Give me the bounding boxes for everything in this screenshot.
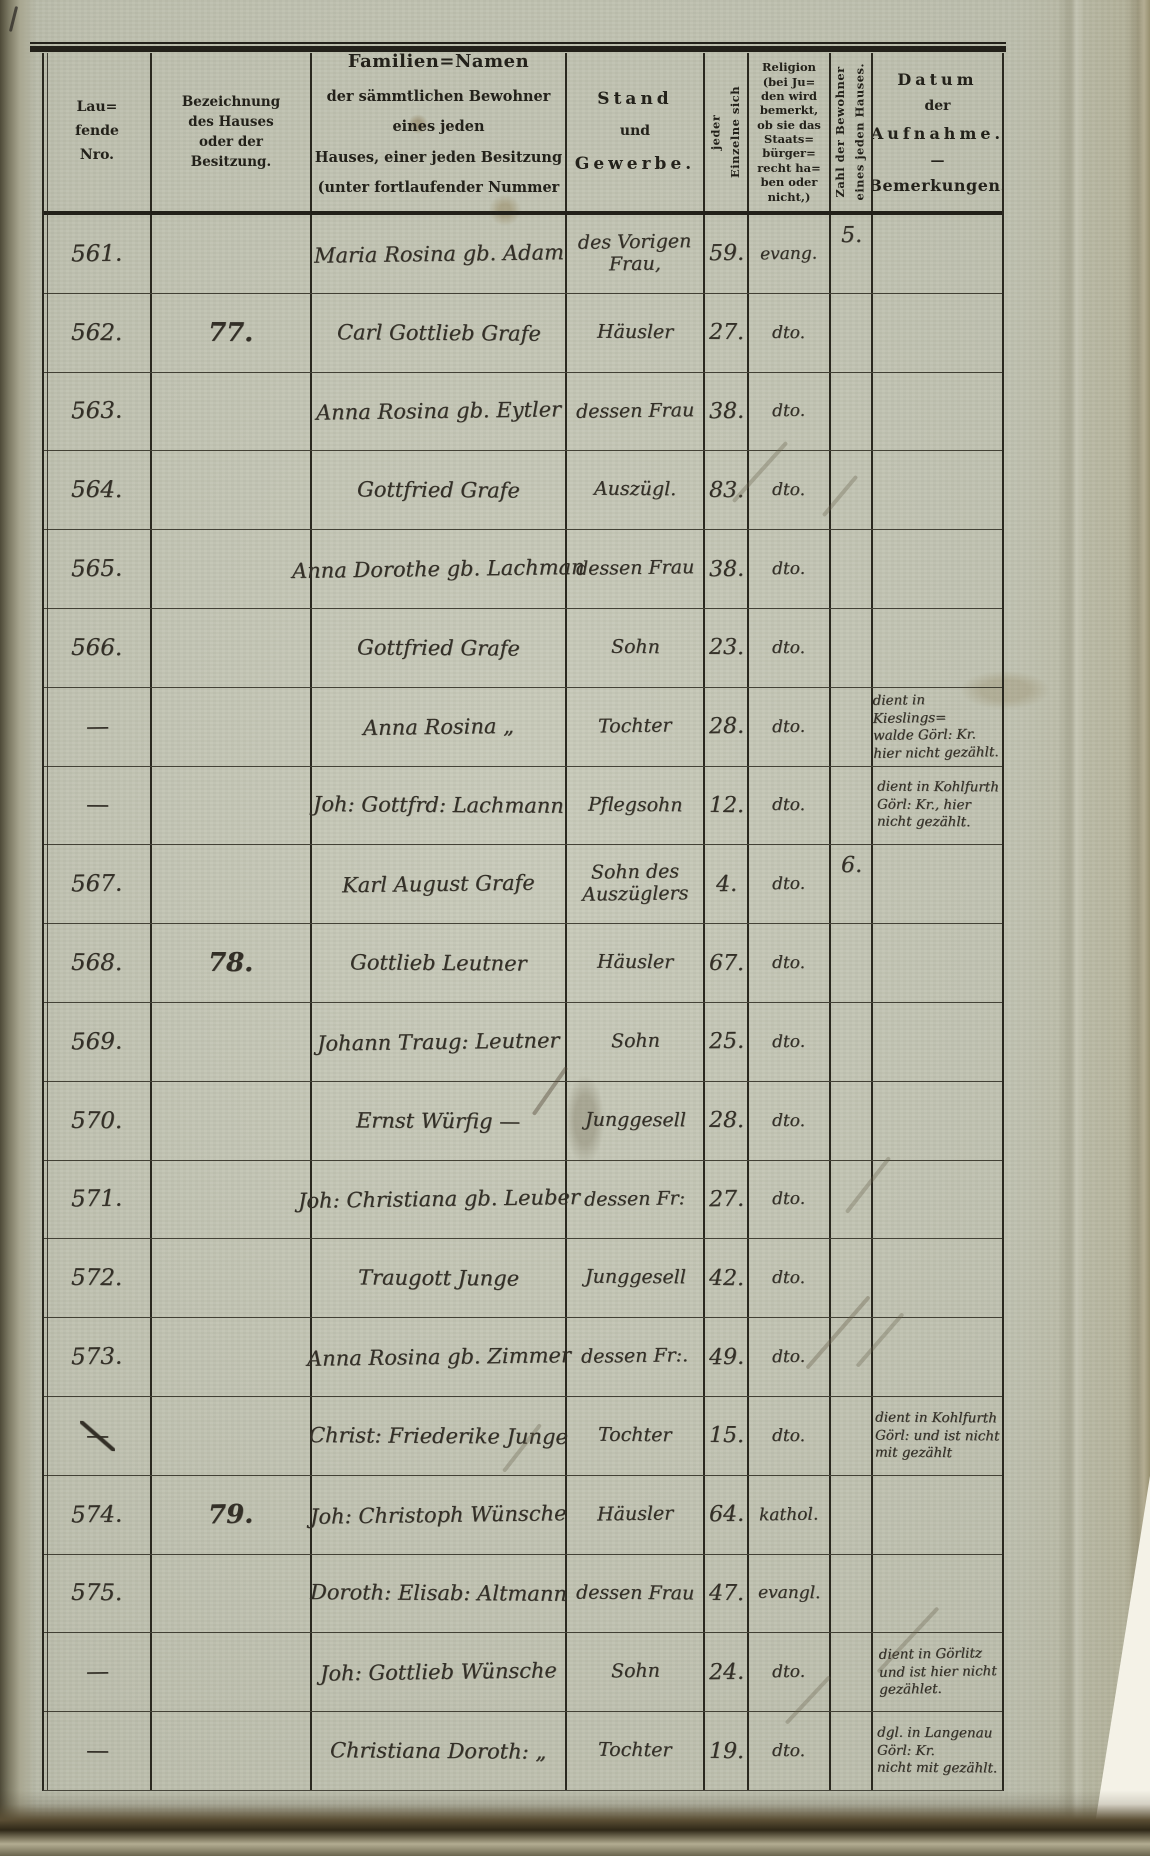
cell-bemerkung: dient in Kieslings= walde Görl: Kr. hier… xyxy=(871,688,1002,766)
header-subtitle: der sämmtlichen Bewohner eines jeden Hau… xyxy=(312,82,565,211)
cell-religion: kathol. xyxy=(747,1476,829,1554)
cell-religion: dto. xyxy=(747,1161,829,1239)
cell-laufende-nro: 563. xyxy=(44,373,150,451)
age: 38. xyxy=(708,399,743,424)
cell-haus-nro xyxy=(150,1003,310,1081)
row-number: — xyxy=(79,1421,114,1451)
cell-zahl xyxy=(829,1239,871,1317)
cell-alter: 19. xyxy=(703,1712,747,1790)
cell-bemerkung xyxy=(871,1476,1002,1554)
cell-religion: evangl. xyxy=(747,1555,829,1633)
header-label: Lau= fende Nro. xyxy=(75,96,119,167)
cell-stand: Häusler xyxy=(565,1476,703,1554)
cell-religion: dto. xyxy=(747,1397,829,1475)
religion: dto. xyxy=(772,1741,805,1761)
header-label: Stand xyxy=(597,79,672,120)
table-row: 569. Johann Traug: Leutner Sohn 25. dto. xyxy=(44,1002,1002,1081)
header-datum-bemerkungen: Datum der Aufnahme. — Bemerkungen. xyxy=(871,53,1002,211)
header-laufende-nro: Lau= fende Nro. xyxy=(44,53,150,211)
cell-alter: 42. xyxy=(703,1239,747,1317)
age: 83. xyxy=(708,478,743,503)
row-number: 574. xyxy=(71,1501,123,1528)
cell-laufende-nro: 567. xyxy=(44,845,150,923)
resident-name: Joh: Christoph Wünsche xyxy=(310,1501,567,1529)
resident-name: Christiana Doroth: „ xyxy=(330,1738,546,1764)
table-row: — Joh: Gottfrd: Lachmann Pflegsohn 12. d… xyxy=(44,766,1002,845)
table-row: 574. 79. Joh: Christoph Wünsche Häusler … xyxy=(44,1475,1002,1554)
header-label: — xyxy=(931,150,945,174)
age: 28. xyxy=(708,1108,743,1133)
cell-zahl xyxy=(829,688,871,766)
cell-laufende-nro: — xyxy=(44,1397,150,1475)
cell-bemerkung xyxy=(871,609,1002,687)
cell-name: Carl Gottlieb Grafe xyxy=(310,294,565,372)
cell-zahl xyxy=(829,373,871,451)
row-number: 565. xyxy=(71,556,123,583)
cell-zahl xyxy=(829,1633,871,1711)
cell-zahl xyxy=(829,1082,871,1160)
cell-stand: dessen Fr:. xyxy=(565,1318,703,1396)
resident-name: Anna Rosina „ xyxy=(363,714,514,740)
cell-bemerkung xyxy=(871,294,1002,372)
cell-religion: dto. xyxy=(747,373,829,451)
cell-religion: dto. xyxy=(747,845,829,923)
header-religion: Religion (bei Ju= den wird bemerkt, ob s… xyxy=(747,53,829,211)
cell-bemerkung xyxy=(871,451,1002,529)
cell-zahl xyxy=(829,1476,871,1554)
cell-laufende-nro: 569. xyxy=(44,1003,150,1081)
row-number: 573. xyxy=(71,1344,123,1371)
cell-laufende-nro: 565. xyxy=(44,530,150,608)
cell-name: Ernst Würfig — xyxy=(310,1082,565,1160)
top-rule xyxy=(30,42,1006,53)
cell-bemerkung xyxy=(871,530,1002,608)
table-row: — Christiana Doroth: „ Tochter 19. dto. … xyxy=(44,1711,1002,1790)
age: 25. xyxy=(708,1029,743,1054)
book-bottom-edge xyxy=(0,1790,1150,1856)
cell-name: Gottfried Grafe xyxy=(310,609,565,687)
cell-stand: dessen Fr: xyxy=(565,1161,703,1239)
cell-zahl xyxy=(829,530,871,608)
age: 12. xyxy=(708,793,743,818)
religion: dto. xyxy=(772,953,805,973)
book-binding-shadow xyxy=(0,0,36,1856)
cell-haus-nro: 79. xyxy=(150,1476,310,1554)
cell-bemerkung xyxy=(871,1239,1002,1317)
resident-name: Anna Rosina gb. Eytler xyxy=(316,398,561,425)
cell-bemerkung: dient in Görlitz und ist hier nicht gezä… xyxy=(871,1633,1002,1711)
cell-alter: 24. xyxy=(703,1633,747,1711)
row-number: 562. xyxy=(71,320,122,346)
age: 42. xyxy=(708,1266,743,1291)
cell-name: Anna Rosina gb. Zimmer xyxy=(310,1318,565,1396)
row-number: 561. xyxy=(71,241,123,268)
cell-zahl xyxy=(829,1712,871,1790)
table-header: Lau= fende Nro. Bezeichnung des Hauses o… xyxy=(44,53,1002,215)
religion: dto. xyxy=(772,1268,805,1288)
cell-stand: Tochter xyxy=(565,688,703,766)
religion: dto. xyxy=(772,716,805,736)
cell-haus-nro xyxy=(150,215,310,293)
cell-name: Doroth: Elisab: Altmann xyxy=(310,1555,565,1633)
age: 19. xyxy=(708,1738,743,1763)
cell-zahl xyxy=(829,609,871,687)
religion: dto. xyxy=(772,1347,805,1367)
table-row: 567. Karl August Grafe Sohn des Auszügle… xyxy=(44,844,1002,923)
age: 23. xyxy=(708,635,743,660)
table-body: 561. Maria Rosina gb. Adam des Vorigen F… xyxy=(44,215,1002,1790)
cell-bemerkung xyxy=(871,373,1002,451)
occupation: Junggesell xyxy=(585,1267,686,1290)
occupation: Häusler xyxy=(597,952,673,974)
cell-haus-nro xyxy=(150,1161,310,1239)
cell-haus-nro xyxy=(150,530,310,608)
religion: dto. xyxy=(772,1032,805,1052)
header-label: Religion (bei Ju= den wird bemerkt, ob s… xyxy=(757,60,821,204)
cell-haus-nro xyxy=(150,1633,310,1711)
religion: dto. xyxy=(772,1189,805,1209)
cell-stand: Häusler xyxy=(565,294,703,372)
age: 47. xyxy=(708,1581,743,1606)
row-number: 568. xyxy=(71,950,122,976)
cell-alter: 59. xyxy=(703,215,747,293)
header-namen: Vor= und Familien=Namen der sämmtlichen … xyxy=(310,53,565,211)
cell-bemerkung xyxy=(871,215,1002,293)
occupation: Tochter xyxy=(598,715,672,738)
cell-haus-nro xyxy=(150,609,310,687)
cell-religion: dto. xyxy=(747,1633,829,1711)
cell-zahl xyxy=(829,294,871,372)
occupation: dessen Frau xyxy=(576,1582,694,1605)
resident-name: Joh: Gottlieb Wünsche xyxy=(320,1659,557,1686)
cell-haus-nro xyxy=(150,1239,310,1317)
occupation: dessen Fr: xyxy=(584,1188,685,1211)
row-number: — xyxy=(85,1738,108,1764)
occupation: Pflegsohn xyxy=(588,794,683,817)
cell-stand: dessen Frau xyxy=(565,530,703,608)
cell-religion: dto. xyxy=(747,1239,829,1317)
cell-religion: dto. xyxy=(747,1003,829,1081)
cell-laufende-nro: — xyxy=(44,1712,150,1790)
cell-name: Christiana Doroth: „ xyxy=(310,1712,565,1790)
header-label-rotated: Lebensjahr, worin jeder Einzelne sich be… xyxy=(703,53,747,211)
cell-laufende-nro: 564. xyxy=(44,451,150,529)
resident-name: Gottfried Grafe xyxy=(357,635,520,660)
religion: dto. xyxy=(772,401,805,421)
cell-religion: dto. xyxy=(747,294,829,372)
age: 15. xyxy=(708,1423,743,1448)
remark: dgl. in Langenau Görl: Kr. nicht mit gez… xyxy=(877,1724,998,1777)
cell-laufende-nro: 574. xyxy=(44,1476,150,1554)
occupation: dessen Frau xyxy=(576,557,695,580)
header-label: und xyxy=(620,120,650,144)
cell-bemerkung: dgl. in Langenau Görl: Kr. nicht mit gez… xyxy=(871,1712,1002,1790)
age: 38. xyxy=(708,556,743,581)
header-label: der xyxy=(924,95,950,119)
cell-alter: 12. xyxy=(703,767,747,845)
table-row: 570. Ernst Würfig — Junggesell 28. dto. xyxy=(44,1081,1002,1160)
cell-stand: dessen Frau xyxy=(565,1555,703,1633)
header-label: Aufnahme. xyxy=(871,119,1002,149)
cell-zahl xyxy=(829,1161,871,1239)
cell-religion: dto. xyxy=(747,924,829,1002)
header-label: Bemerkungen. xyxy=(871,173,1002,199)
cell-stand: des Vorigen Frau, xyxy=(565,215,703,293)
cell-religion: evang. xyxy=(747,215,829,293)
cell-stand: Junggesell xyxy=(565,1082,703,1160)
cell-stand: Pflegsohn xyxy=(565,767,703,845)
age: 27. xyxy=(708,320,743,345)
age: 27. xyxy=(708,1187,743,1212)
religion: dto. xyxy=(772,795,805,815)
remark: dient in Kohlfurth Görl: Kr., hier nicht… xyxy=(876,779,998,832)
occupation: Sohn xyxy=(610,637,659,659)
cell-bemerkung xyxy=(871,1555,1002,1633)
table-row: — Joh: Gottlieb Wünsche Sohn 24. dto. di… xyxy=(44,1632,1002,1711)
house-number: 78. xyxy=(208,948,253,978)
resident-name: Traugott Junge xyxy=(358,1266,519,1291)
cell-laufende-nro: 562. xyxy=(44,294,150,372)
header-label-rotated: Zahl der Bewohner eines jeden Hauses. xyxy=(831,63,870,201)
cell-laufende-nro: 561. xyxy=(44,215,150,293)
resident-name: Doroth: Elisab: Altmann xyxy=(310,1581,567,1607)
cell-religion: dto. xyxy=(747,451,829,529)
cell-zahl xyxy=(829,1555,871,1633)
cell-religion: dto. xyxy=(747,767,829,845)
cell-name: Anna Rosina „ xyxy=(310,688,565,766)
header-title: Vor= und Familien=Namen xyxy=(312,53,565,72)
residents-count: 5. xyxy=(840,223,861,248)
cell-alter: 49. xyxy=(703,1318,747,1396)
row-number: 564. xyxy=(71,477,122,503)
cell-haus-nro xyxy=(150,1318,310,1396)
cell-laufende-nro: 573. xyxy=(44,1318,150,1396)
cell-alter: 28. xyxy=(703,688,747,766)
cell-name: Joh: Christiana gb. Leuber xyxy=(310,1161,565,1239)
cell-haus-nro xyxy=(150,1712,310,1790)
resident-name: Karl August Grafe xyxy=(342,871,535,898)
cell-laufende-nro: 572. xyxy=(44,1239,150,1317)
residents-count: 6. xyxy=(840,853,861,878)
cell-stand: Junggesell xyxy=(565,1239,703,1317)
cell-stand: Sohn xyxy=(565,1633,703,1711)
cell-laufende-nro: 570. xyxy=(44,1082,150,1160)
header-zahl-bewohner: Zahl der Bewohner eines jeden Hauses. xyxy=(829,53,871,211)
cell-name: Gottlieb Leutner xyxy=(310,924,565,1002)
resident-name: Joh: Gottfrd: Lachmann xyxy=(313,793,564,819)
register-page: Lau= fende Nro. Bezeichnung des Hauses o… xyxy=(0,0,1150,1856)
age: 24. xyxy=(708,1659,743,1684)
row-number: — xyxy=(85,714,108,740)
cell-alter: 23. xyxy=(703,609,747,687)
row-number: 571. xyxy=(71,1186,123,1213)
cell-zahl xyxy=(829,451,871,529)
resident-name: Joh: Christiana gb. Leuber xyxy=(297,1185,579,1213)
cell-laufende-nro: 571. xyxy=(44,1161,150,1239)
religion: dto. xyxy=(772,874,805,894)
occupation: dessen Fr:. xyxy=(581,1345,688,1368)
header-label: Bezeichnung des Hauses oder der Besitzun… xyxy=(182,92,280,173)
table-row: — Anna Rosina „ Tochter 28. dto. dient i… xyxy=(44,687,1002,766)
table-row: 568. 78. Gottlieb Leutner Häusler 67. dt… xyxy=(44,923,1002,1002)
occupation: dessen Frau xyxy=(576,400,695,423)
religion: evangl. xyxy=(758,1583,821,1603)
occupation: des Vorigen Frau, xyxy=(578,231,692,276)
cell-bemerkung: dient in Kohlfurth Görl: und ist nicht m… xyxy=(871,1397,1002,1475)
cell-alter: 27. xyxy=(703,1161,747,1239)
table-row: 573. Anna Rosina gb. Zimmer dessen Fr:. … xyxy=(44,1317,1002,1396)
header-label: Datum xyxy=(897,65,977,95)
occupation: Tochter xyxy=(598,1740,672,1762)
row-number: 575. xyxy=(71,1580,122,1606)
occupation: Junggesell xyxy=(585,1109,686,1132)
remark: dient in Kohlfurth Görl: und ist nicht m… xyxy=(875,1409,1000,1463)
row-number: — xyxy=(85,792,108,818)
table-row: 563. Anna Rosina gb. Eytler dessen Frau … xyxy=(44,372,1002,451)
cell-alter: 27. xyxy=(703,294,747,372)
occupation: Häusler xyxy=(597,1503,674,1526)
row-number: 569. xyxy=(71,1029,123,1056)
cell-bemerkung: dient in Kohlfurth Görl: Kr., hier nicht… xyxy=(871,767,1002,845)
cell-alter: 28. xyxy=(703,1082,747,1160)
cell-stand: Tochter xyxy=(565,1712,703,1790)
cell-name: Maria Rosina gb. Adam xyxy=(310,215,565,293)
age: 4. xyxy=(715,872,736,897)
resident-name: Gottfried Grafe xyxy=(357,478,520,503)
cell-laufende-nro: — xyxy=(44,1633,150,1711)
cell-alter: 67. xyxy=(703,924,747,1002)
cell-zahl: 6. xyxy=(829,845,871,923)
cell-zahl: 5. xyxy=(829,215,871,293)
cell-religion: dto. xyxy=(747,688,829,766)
cell-laufende-nro: — xyxy=(44,767,150,845)
cell-laufende-nro: 568. xyxy=(44,924,150,1002)
cell-haus-nro xyxy=(150,845,310,923)
age: 28. xyxy=(708,714,743,739)
cell-name: Joh: Gottlieb Wünsche xyxy=(310,1633,565,1711)
cell-name: Joh: Gottfrd: Lachmann xyxy=(310,767,565,845)
cell-zahl xyxy=(829,767,871,845)
cell-bemerkung xyxy=(871,924,1002,1002)
table-row: — Christ: Friederike Junge Tochter 15. d… xyxy=(44,1396,1002,1475)
table-row: 562. 77. Carl Gottlieb Grafe Häusler 27.… xyxy=(44,293,1002,372)
religion: dto. xyxy=(772,1111,805,1131)
cell-bemerkung xyxy=(871,1082,1002,1160)
cell-name: Joh: Christoph Wünsche xyxy=(310,1476,565,1554)
cell-name: Karl August Grafe xyxy=(310,845,565,923)
occupation: Sohn xyxy=(610,1031,659,1054)
cell-bemerkung xyxy=(871,845,1002,923)
cell-alter: 38. xyxy=(703,530,747,608)
cell-stand: Auszügl. xyxy=(565,451,703,529)
cell-religion: dto. xyxy=(747,530,829,608)
cell-alter: 64. xyxy=(703,1476,747,1554)
row-number: 572. xyxy=(71,1265,122,1291)
cell-haus-nro xyxy=(150,1555,310,1633)
cell-haus-nro xyxy=(150,1397,310,1475)
cell-haus-nro xyxy=(150,688,310,766)
table-row: 566. Gottfried Grafe Sohn 23. dto. xyxy=(44,608,1002,687)
house-number: 79. xyxy=(208,1499,254,1530)
cell-stand: Sohn xyxy=(565,609,703,687)
cell-alter: 38. xyxy=(703,373,747,451)
cell-name: Christ: Friederike Junge xyxy=(310,1397,565,1475)
cell-alter: 25. xyxy=(703,1003,747,1081)
row-number: 570. xyxy=(71,1107,122,1133)
table-row: 575. Doroth: Elisab: Altmann dessen Frau… xyxy=(44,1554,1002,1633)
occupation: Sohn xyxy=(610,1661,659,1684)
cell-laufende-nro: — xyxy=(44,688,150,766)
religion: kathol. xyxy=(759,1504,819,1525)
resident-name: Anna Rosina gb. Zimmer xyxy=(306,1343,570,1371)
cell-haus-nro xyxy=(150,767,310,845)
cell-name: Traugott Junge xyxy=(310,1239,565,1317)
resident-name: Anna Dorothe gb. Lachman xyxy=(292,555,585,583)
resident-name: Ernst Würfig — xyxy=(356,1108,520,1133)
house-number: 77. xyxy=(208,318,253,348)
religion: dto. xyxy=(772,638,805,658)
cell-zahl xyxy=(829,1397,871,1475)
resident-name: Carl Gottlieb Grafe xyxy=(336,320,540,345)
cell-laufende-nro: 575. xyxy=(44,1555,150,1633)
cell-name: Johann Traug: Leutner xyxy=(310,1003,565,1081)
age: 64. xyxy=(708,1502,743,1527)
cell-haus-nro: 78. xyxy=(150,924,310,1002)
cell-stand: Sohn des Auszüglers xyxy=(565,845,703,923)
religion: dto. xyxy=(772,559,805,579)
religion: dto. xyxy=(772,480,805,500)
row-number: — xyxy=(85,1659,108,1685)
row-number: 563. xyxy=(71,398,123,425)
page-fold xyxy=(1058,0,1084,1856)
cell-alter: 4. xyxy=(703,845,747,923)
cell-religion: dto. xyxy=(747,609,829,687)
religion: evang. xyxy=(760,243,817,264)
table-row: 561. Maria Rosina gb. Adam des Vorigen F… xyxy=(44,215,1002,293)
cell-zahl xyxy=(829,1003,871,1081)
cell-name: Gottfried Grafe xyxy=(310,451,565,529)
cell-zahl xyxy=(829,924,871,1002)
cell-haus-nro: 77. xyxy=(150,294,310,372)
cell-haus-nro xyxy=(150,1082,310,1160)
cell-bemerkung xyxy=(871,1161,1002,1239)
resident-name: Maria Rosina gb. Adam xyxy=(313,240,563,267)
table-row: 564. Gottfried Grafe Auszügl. 83. dto. xyxy=(44,450,1002,529)
header-lebensjahr: Lebensjahr, worin jeder Einzelne sich be… xyxy=(703,53,747,211)
header-stand-gewerbe: Stand und Gewerbe. xyxy=(565,53,703,211)
age: 59. xyxy=(708,241,743,266)
cell-laufende-nro: 566. xyxy=(44,609,150,687)
age: 67. xyxy=(708,950,743,975)
cell-alter: 15. xyxy=(703,1397,747,1475)
cell-stand: Sohn xyxy=(565,1003,703,1081)
occupation: Auszügl. xyxy=(594,479,676,501)
cell-stand: Tochter xyxy=(565,1397,703,1475)
row-number: 566. xyxy=(71,635,122,661)
occupation: Sohn des Auszüglers xyxy=(582,862,689,907)
cell-name: Anna Dorothe gb. Lachman xyxy=(310,530,565,608)
age: 49. xyxy=(708,1344,743,1369)
remark: dient in Kieslings= walde Görl: Kr. hier… xyxy=(873,691,1003,763)
occupation: Tochter xyxy=(598,1425,672,1447)
cell-bemerkung xyxy=(871,1003,1002,1081)
header-label: Gewerbe. xyxy=(575,144,695,185)
cell-haus-nro xyxy=(150,451,310,529)
cell-religion: dto. xyxy=(747,1082,829,1160)
religion: dto. xyxy=(772,323,805,343)
religion: dto. xyxy=(772,1426,805,1446)
table-row: 565. Anna Dorothe gb. Lachman dessen Fra… xyxy=(44,529,1002,608)
